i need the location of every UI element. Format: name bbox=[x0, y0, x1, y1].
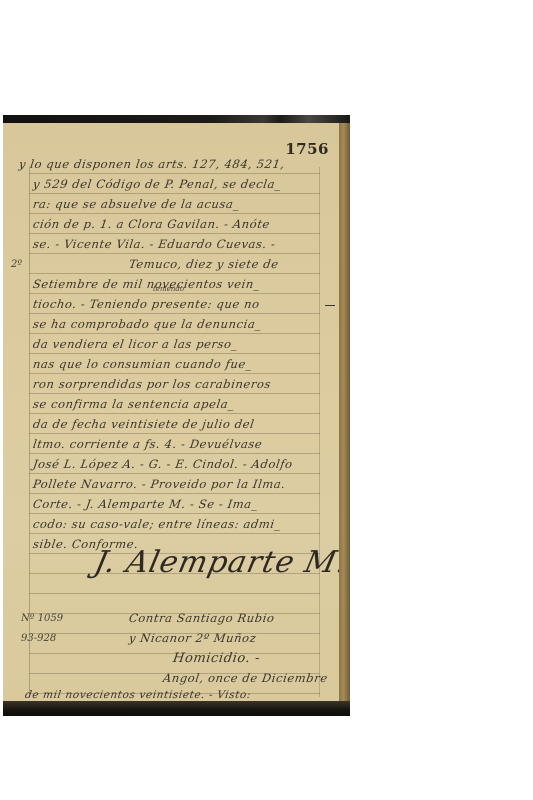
handwritten-line: nas que lo consumian cuando fue_ bbox=[32, 357, 253, 371]
ruled-line bbox=[29, 393, 320, 394]
handwritten-line: y 529 del Código de P. Penal, se decla_ bbox=[32, 177, 282, 191]
case-parties-line-1: Contra Santiago Rubio bbox=[128, 611, 276, 625]
book-bottom-edge bbox=[3, 701, 350, 716]
handwritten-line: y lo que disponen los arts. 127, 484, 52… bbox=[18, 157, 286, 171]
handwritten-line: codo: su caso-vale; entre líneas: admi_ bbox=[32, 517, 282, 531]
case-code: 93-928 bbox=[21, 633, 56, 644]
closing-line: Angol, once de Diciembre bbox=[162, 671, 329, 685]
ruled-line bbox=[29, 213, 320, 214]
handwritten-line: Temuco, diez y siete de bbox=[128, 257, 280, 271]
ruled-line bbox=[29, 233, 320, 234]
handwritten-line: Corte. - J. Alemparte M. - Se - Ima_ bbox=[32, 497, 259, 511]
ruled-line bbox=[29, 413, 320, 414]
handwritten-line: Setiembre de mil novecientos vein_ bbox=[32, 277, 261, 291]
handwritten-line: ltmo. corriente a fs. 4. - Devuélvase bbox=[32, 437, 263, 451]
margin-dash bbox=[325, 305, 335, 306]
handwritten-line: se. - Vicente Vila. - Eduardo Cuevas. - bbox=[32, 237, 277, 251]
ruled-line bbox=[29, 533, 320, 534]
ruled-line bbox=[29, 513, 320, 514]
ruled-line bbox=[29, 293, 320, 294]
ruled-line bbox=[29, 333, 320, 334]
ruled-line bbox=[29, 453, 320, 454]
case-subject: Homicidio. - bbox=[172, 651, 261, 666]
signature-block: J. Alemparte M. bbox=[83, 543, 323, 603]
closing-line: de mil novecientos veintisiete. - Visto: bbox=[24, 689, 252, 701]
ruled-line bbox=[29, 433, 320, 434]
ruled-line bbox=[29, 273, 320, 274]
page-number: 1756 bbox=[285, 140, 329, 158]
handwritten-line: da vendiera el licor a las perso_ bbox=[32, 337, 239, 351]
ruled-line bbox=[29, 313, 320, 314]
interlinear-insertion: teniendo bbox=[153, 285, 184, 293]
handwritten-line: ción de p. 1. a Clora Gavilan. - Anóte bbox=[32, 217, 271, 231]
margin-note-ordinal: 2º bbox=[11, 259, 22, 270]
ruled-line bbox=[29, 353, 320, 354]
ruled-line bbox=[29, 473, 320, 474]
case-number: Nº 1059 bbox=[21, 613, 63, 624]
page-edge bbox=[339, 123, 350, 703]
handwritten-line: se confirma la sentencia apela_ bbox=[32, 397, 236, 411]
handwritten-line: se ha comprobado que la denuncia_ bbox=[32, 317, 263, 331]
case-parties-line-2: y Nicanor 2º Muñoz bbox=[128, 631, 257, 645]
handwritten-line: José L. López A. - G. - E. Cindol. - Ado… bbox=[32, 457, 294, 471]
handwritten-line: da de fecha veintisiete de julio del bbox=[32, 417, 255, 431]
right-margin-line bbox=[319, 167, 320, 697]
ruled-line bbox=[29, 493, 320, 494]
ruled-line bbox=[29, 373, 320, 374]
ledger-page: 1756 y lo que disponen los arts. 127, 4 bbox=[3, 123, 339, 703]
signature: J. Alemparte M. bbox=[91, 545, 350, 580]
handwritten-line: Pollete Navarro. - Proveido por la Ilma. bbox=[32, 477, 287, 491]
ruled-line bbox=[29, 173, 320, 174]
ruled-line bbox=[29, 253, 320, 254]
document-photo: 1756 y lo que disponen los arts. 127, 4 bbox=[3, 115, 350, 716]
ruled-line bbox=[29, 193, 320, 194]
handwritten-line: ron sorprendidas por los carabineros bbox=[32, 377, 272, 391]
handwritten-line: ra: que se absuelve de la acusa_ bbox=[32, 197, 241, 211]
handwritten-line: tiocho. - Teniendo presente: que no bbox=[32, 297, 261, 311]
